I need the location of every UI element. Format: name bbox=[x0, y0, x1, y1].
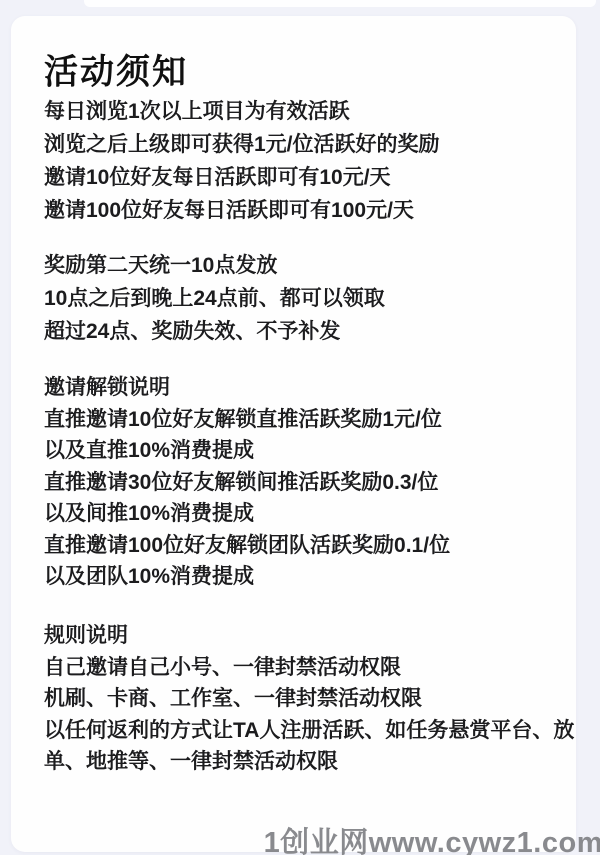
notice-line: 单、地推等、一律封禁活动权限 bbox=[44, 746, 562, 778]
notice-line: 以及团队10%消费提成 bbox=[44, 561, 562, 593]
notice-line: 浏览之后上级即可获得1元/位活跃好的奖励 bbox=[44, 128, 562, 161]
paragraph-daily-active-rules: 每日浏览1次以上项目为有效活跃 浏览之后上级即可获得1元/位活跃好的奖励 邀请1… bbox=[44, 95, 562, 227]
notice-title: 活动须知 bbox=[44, 44, 188, 94]
notice-line: 直推邀请10位好友解锁直推活跃奖励1元/位 bbox=[44, 404, 562, 436]
notice-line: 每日浏览1次以上项目为有效活跃 bbox=[44, 95, 562, 128]
notice-line: 邀请10位好友每日活跃即可有10元/天 bbox=[44, 161, 562, 194]
previous-card-bottom-edge bbox=[84, 0, 596, 7]
paragraph-ban-rules: 规则说明 自己邀请自己小号、一律封禁活动权限 机刷、卡商、工作室、一律封禁活动权… bbox=[44, 620, 562, 778]
site-watermark: 1创业网www.cywz1.com bbox=[264, 820, 600, 855]
paragraph-invite-unlock-rules: 邀请解锁说明 直推邀请10位好友解锁直推活跃奖励1元/位 以及直推10%消费提成… bbox=[44, 372, 562, 593]
notice-line: 以及间推10%消费提成 bbox=[44, 498, 562, 530]
paragraph-reward-release-rules: 奖励第二天统一10点发放 10点之后到晚上24点前、都可以领取 超过24点、奖励… bbox=[44, 249, 562, 348]
notice-line: 自己邀请自己小号、一律封禁活动权限 bbox=[44, 652, 562, 684]
notice-line: 奖励第二天统一10点发放 bbox=[44, 249, 562, 282]
notice-line: 以及直推10%消费提成 bbox=[44, 435, 562, 467]
notice-line: 以任何返利的方式让TA人注册活跃、如任务悬赏平台、放 bbox=[44, 715, 562, 747]
notice-line: 机刷、卡商、工作室、一律封禁活动权限 bbox=[44, 683, 562, 715]
activity-notice-card: 活动须知 每日浏览1次以上项目为有效活跃 浏览之后上级即可获得1元/位活跃好的奖… bbox=[11, 16, 576, 852]
notice-line: 超过24点、奖励失效、不予补发 bbox=[44, 315, 562, 348]
notice-section-heading: 邀请解锁说明 bbox=[44, 372, 562, 404]
notice-line: 直推邀请100位好友解锁团队活跃奖励0.1/位 bbox=[44, 530, 562, 562]
notice-line: 10点之后到晚上24点前、都可以领取 bbox=[44, 282, 562, 315]
notice-line: 邀请100位好友每日活跃即可有100元/天 bbox=[44, 194, 562, 227]
notice-section-heading: 规则说明 bbox=[44, 620, 562, 652]
notice-line: 直推邀请30位好友解锁间推活跃奖励0.3/位 bbox=[44, 467, 562, 499]
